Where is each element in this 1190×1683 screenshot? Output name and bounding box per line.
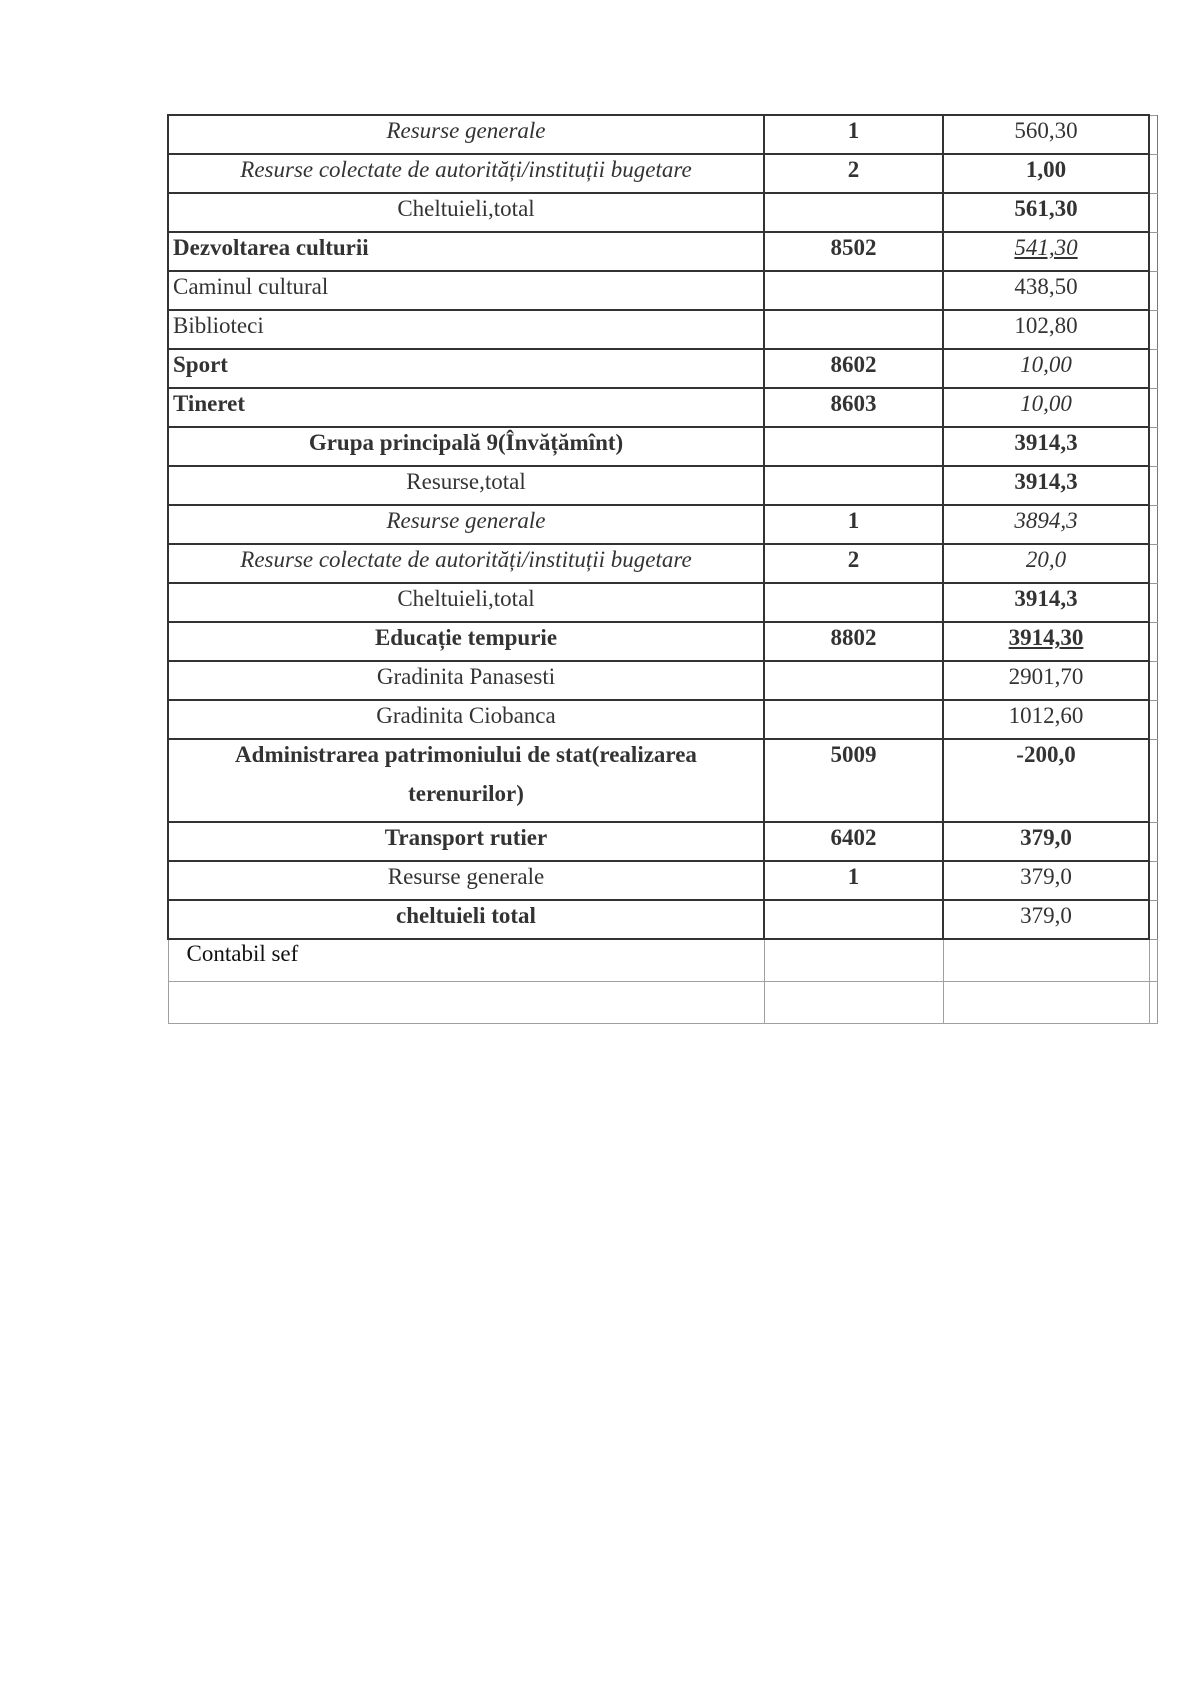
row-code-cell xyxy=(764,583,943,622)
signature-row: Contabil sef xyxy=(168,939,1157,981)
row-code: 6402 xyxy=(765,823,942,852)
row-label-cell: Resurse,total xyxy=(168,466,764,505)
row-value: 379,0 xyxy=(944,862,1148,891)
row-value: 3894,3 xyxy=(944,506,1148,535)
row-code-cell: 1 xyxy=(764,115,943,154)
table-row: Transport rutier 6402 379,0 xyxy=(168,822,1157,861)
table-row: Resurse colectate de autorități/instituț… xyxy=(168,154,1157,193)
row-label: Biblioteci xyxy=(173,311,763,340)
row-label: Resurse colectate de autorități/instituț… xyxy=(169,545,763,574)
row-value-cell: 10,00 xyxy=(943,388,1149,427)
row-code: 5009 xyxy=(765,740,942,769)
row-value: 102,80 xyxy=(944,311,1148,340)
row-edge-cell xyxy=(1149,981,1157,1023)
row-label: cheltuieli total xyxy=(169,901,763,930)
row-code-cell: 1 xyxy=(764,505,943,544)
row-value-cell: 10,00 xyxy=(943,349,1149,388)
row-code xyxy=(765,901,942,902)
row-code: 1 xyxy=(765,862,942,891)
row-label-cell: Cheltuieli,total xyxy=(168,193,764,232)
row-value-cell: -200,0 xyxy=(943,739,1149,822)
table-row: Gradinita Ciobanca 1012,60 xyxy=(168,700,1157,739)
row-value: 561,30 xyxy=(944,194,1148,223)
row-label-cell: Gradinita Panasesti xyxy=(168,661,764,700)
row-edge-cell xyxy=(1149,505,1157,544)
row-edge-cell xyxy=(1149,193,1157,232)
row-edge-cell xyxy=(1149,427,1157,466)
row-value: 3914,3 xyxy=(944,584,1148,613)
table-row: Administrarea patrimoniului de stat(real… xyxy=(168,739,1157,822)
row-value-cell: 379,0 xyxy=(943,861,1149,900)
row-label: Grupa principală 9(Învățămînt) xyxy=(169,428,763,457)
row-code-cell xyxy=(764,310,943,349)
row-label: Resurse generale xyxy=(169,862,763,891)
row-code: 8502 xyxy=(765,233,942,262)
row-code: 2 xyxy=(765,545,942,574)
row-edge-cell xyxy=(1149,900,1157,939)
row-label-cell: cheltuieli total xyxy=(168,900,764,939)
row-code-cell xyxy=(764,466,943,505)
row-label: Dezvoltarea culturii xyxy=(173,233,763,262)
row-edge-cell xyxy=(1149,115,1157,154)
row-code: 2 xyxy=(765,155,942,184)
row-value: 379,0 xyxy=(944,901,1148,930)
row-edge-cell xyxy=(1149,388,1157,427)
row-code-cell: 2 xyxy=(764,154,943,193)
budget-table-body: Resurse generale 1 560,30 Resurse colect… xyxy=(168,115,1157,1023)
row-code-cell: 2 xyxy=(764,544,943,583)
row-value-cell: 20,0 xyxy=(943,544,1149,583)
row-code-cell: 8603 xyxy=(764,388,943,427)
row-code-cell xyxy=(764,900,943,939)
signature-code-cell xyxy=(764,939,943,981)
row-code xyxy=(765,428,942,429)
blank-label-cell xyxy=(168,981,764,1023)
row-label: Resurse,total xyxy=(169,467,763,496)
row-label-cell: Dezvoltarea culturii xyxy=(168,232,764,271)
row-label-cell: Biblioteci xyxy=(168,310,764,349)
row-label: Tineret xyxy=(173,389,763,418)
row-edge-cell xyxy=(1149,232,1157,271)
row-code-cell: 6402 xyxy=(764,822,943,861)
row-value-cell: 1012,60 xyxy=(943,700,1149,739)
row-code-cell: 8502 xyxy=(764,232,943,271)
row-edge-cell xyxy=(1149,154,1157,193)
row-code-cell xyxy=(764,271,943,310)
row-value: 379,0 xyxy=(944,823,1148,852)
row-value-cell: 3894,3 xyxy=(943,505,1149,544)
row-value-cell: 3914,3 xyxy=(943,466,1149,505)
row-label: Cheltuieli,total xyxy=(169,584,763,613)
row-label: Educație tempurie xyxy=(169,623,763,652)
row-value: 20,0 xyxy=(944,545,1148,574)
table-row: Biblioteci 102,80 xyxy=(168,310,1157,349)
row-value-cell: 379,0 xyxy=(943,822,1149,861)
signature-label: Contabil sef xyxy=(169,940,764,968)
row-code-cell: 5009 xyxy=(764,739,943,822)
row-code xyxy=(765,662,942,663)
row-label-cell: Educație tempurie xyxy=(168,622,764,661)
row-label: Gradinita Ciobanca xyxy=(169,701,763,730)
table-row: Resurse,total 3914,3 xyxy=(168,466,1157,505)
blank-value-cell xyxy=(943,981,1149,1023)
row-code: 8603 xyxy=(765,389,942,418)
row-label-cell: Resurse generale xyxy=(168,115,764,154)
row-code xyxy=(765,272,942,273)
row-value-cell: 438,50 xyxy=(943,271,1149,310)
row-value: 1012,60 xyxy=(944,701,1148,730)
row-label: Transport rutier xyxy=(169,823,763,852)
row-code: 1 xyxy=(765,116,942,145)
row-value: 2901,70 xyxy=(944,662,1148,691)
row-edge-cell xyxy=(1149,822,1157,861)
row-value: 560,30 xyxy=(944,116,1148,145)
row-label-cell: Caminul cultural xyxy=(168,271,764,310)
row-label: Sport xyxy=(173,350,763,379)
row-value: 10,00 xyxy=(944,350,1148,379)
table-row: Cheltuieli,total 561,30 xyxy=(168,193,1157,232)
row-value: 438,50 xyxy=(944,272,1148,301)
row-label: Resurse colectate de autorități/instituț… xyxy=(169,155,763,184)
row-edge-cell xyxy=(1149,700,1157,739)
row-label: Gradinita Panasesti xyxy=(169,662,763,691)
row-code-cell: 8602 xyxy=(764,349,943,388)
row-label: Caminul cultural xyxy=(173,272,763,301)
row-code xyxy=(765,194,942,195)
table-row: Resurse colectate de autorități/instituț… xyxy=(168,544,1157,583)
row-code-cell xyxy=(764,661,943,700)
table-row: Tineret 8603 10,00 xyxy=(168,388,1157,427)
row-edge-cell xyxy=(1149,861,1157,900)
row-value-cell: 102,80 xyxy=(943,310,1149,349)
row-label: Resurse generale xyxy=(169,506,763,535)
row-label-cell: Grupa principală 9(Învățămînt) xyxy=(168,427,764,466)
table-row: Sport 8602 10,00 xyxy=(168,349,1157,388)
blank-code-cell xyxy=(764,981,943,1023)
row-label: Administrarea patrimoniului de stat(real… xyxy=(169,739,763,813)
row-code-cell: 8802 xyxy=(764,622,943,661)
row-value: -200,0 xyxy=(944,740,1148,769)
table-row: Caminul cultural 438,50 xyxy=(168,271,1157,310)
signature-label-cell: Contabil sef xyxy=(168,939,764,981)
row-value-cell: 3914,3 xyxy=(943,583,1149,622)
row-value-cell: 3914,3 xyxy=(943,427,1149,466)
row-edge-cell xyxy=(1149,661,1157,700)
row-label: Resurse generale xyxy=(169,116,763,145)
row-label-cell: Resurse generale xyxy=(168,861,764,900)
row-value-cell: 3914,30 xyxy=(943,622,1149,661)
row-edge-cell xyxy=(1149,622,1157,661)
table-row: Resurse generale 1 379,0 xyxy=(168,861,1157,900)
table-row: Resurse generale 1 3894,3 xyxy=(168,505,1157,544)
table-row: Cheltuieli,total 3914,3 xyxy=(168,583,1157,622)
row-value: 3914,30 xyxy=(944,623,1148,652)
row-code: 1 xyxy=(765,506,942,535)
row-edge-cell xyxy=(1149,739,1157,822)
row-value: 541,30 xyxy=(944,233,1148,262)
table-row: Gradinita Panasesti 2901,70 xyxy=(168,661,1157,700)
row-label: Cheltuieli,total xyxy=(169,194,763,223)
table-row: Dezvoltarea culturii 8502 541,30 xyxy=(168,232,1157,271)
row-code xyxy=(765,467,942,468)
table-row: cheltuieli total 379,0 xyxy=(168,900,1157,939)
blank-row xyxy=(168,981,1157,1023)
row-code-cell: 1 xyxy=(764,861,943,900)
signature-value-cell xyxy=(943,939,1149,981)
row-value-cell: 541,30 xyxy=(943,232,1149,271)
table-row: Grupa principală 9(Învățămînt) 3914,3 xyxy=(168,427,1157,466)
row-code-cell xyxy=(764,427,943,466)
row-value-cell: 1,00 xyxy=(943,154,1149,193)
row-edge-cell xyxy=(1149,271,1157,310)
row-code xyxy=(765,311,942,312)
row-value: 3914,3 xyxy=(944,428,1148,457)
row-code xyxy=(765,584,942,585)
row-value: 1,00 xyxy=(944,155,1148,184)
row-code-cell xyxy=(764,700,943,739)
row-edge-cell xyxy=(1149,583,1157,622)
row-label-cell: Resurse generale xyxy=(168,505,764,544)
row-value: 10,00 xyxy=(944,389,1148,418)
row-edge-cell xyxy=(1149,349,1157,388)
row-code xyxy=(765,701,942,702)
row-edge-cell xyxy=(1149,310,1157,349)
row-code: 8602 xyxy=(765,350,942,379)
row-label-cell: Cheltuieli,total xyxy=(168,583,764,622)
table-row: Educație tempurie 8802 3914,30 xyxy=(168,622,1157,661)
row-value: 3914,3 xyxy=(944,467,1148,496)
row-edge-cell xyxy=(1149,544,1157,583)
row-edge-cell xyxy=(1149,939,1157,981)
row-label-cell: Tineret xyxy=(168,388,764,427)
row-edge-cell xyxy=(1149,466,1157,505)
table-row: Resurse generale 1 560,30 xyxy=(168,115,1157,154)
row-code-cell xyxy=(764,193,943,232)
row-label-cell: Transport rutier xyxy=(168,822,764,861)
budget-table: Resurse generale 1 560,30 Resurse colect… xyxy=(167,114,1158,1024)
row-label-cell: Resurse colectate de autorități/instituț… xyxy=(168,544,764,583)
row-label-cell: Administrarea patrimoniului de stat(real… xyxy=(168,739,764,822)
row-value-cell: 561,30 xyxy=(943,193,1149,232)
row-value-cell: 560,30 xyxy=(943,115,1149,154)
row-label-cell: Resurse colectate de autorități/instituț… xyxy=(168,154,764,193)
row-code: 8802 xyxy=(765,623,942,652)
row-value-cell: 2901,70 xyxy=(943,661,1149,700)
row-value-cell: 379,0 xyxy=(943,900,1149,939)
row-label-cell: Gradinita Ciobanca xyxy=(168,700,764,739)
row-label-cell: Sport xyxy=(168,349,764,388)
